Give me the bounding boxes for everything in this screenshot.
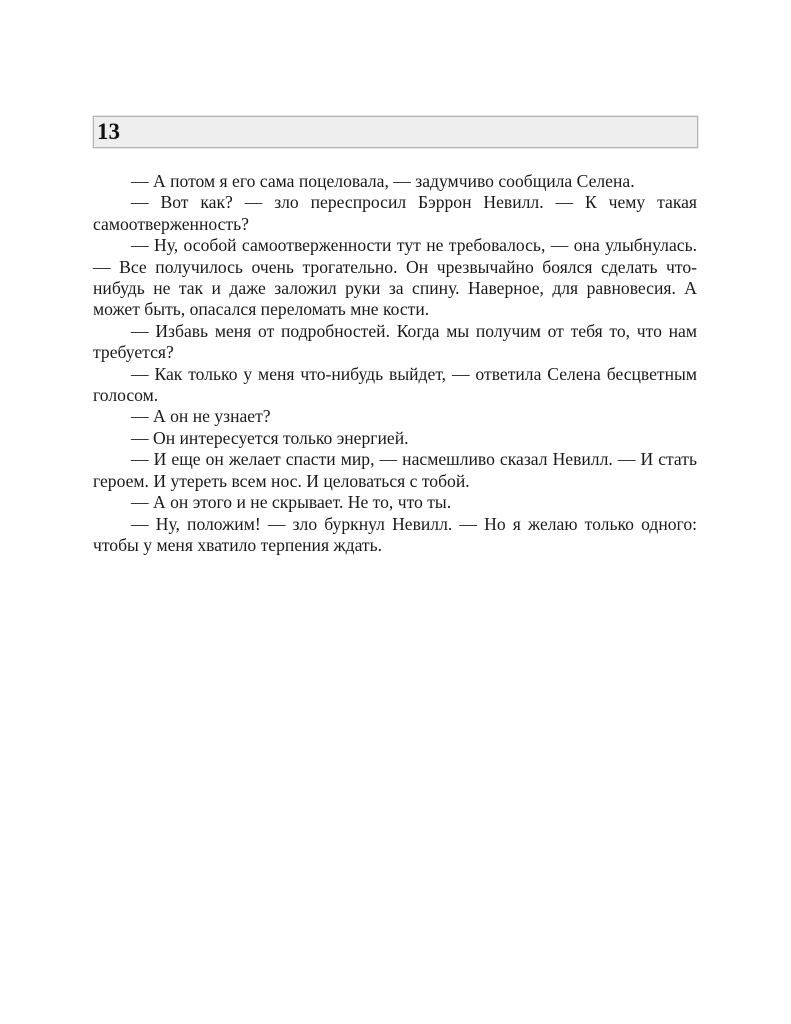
page-content: 13 — А потом я его сама поцеловала, — за…	[93, 116, 697, 556]
paragraph: — И еще он желает спасти мир, — насмешли…	[93, 449, 697, 492]
paragraph: — Ну, положим! — зло буркнул Невилл. — Н…	[93, 514, 697, 557]
paragraph: — Ну, особой самоотверженности тут не тр…	[93, 235, 697, 321]
paragraph: — А он этого и не скрывает. Не то, что т…	[93, 492, 697, 513]
paragraph: — А он не узнает?	[93, 406, 697, 427]
paragraph: — Как только у меня что-нибудь выйдет, —…	[93, 364, 697, 407]
chapter-heading-box: 13	[93, 116, 698, 148]
paragraph: — Он интересуется только энергией.	[93, 428, 697, 449]
paragraph: — Избавь меня от подробностей. Когда мы …	[93, 321, 697, 364]
chapter-number: 13	[97, 117, 694, 147]
paragraph: — Вот как? — зло переспросил Бэррон Неви…	[93, 192, 697, 235]
chapter-body: — А потом я его сама поцеловала, — задум…	[93, 171, 697, 556]
paragraph: — А потом я его сама поцеловала, — задум…	[93, 171, 697, 192]
